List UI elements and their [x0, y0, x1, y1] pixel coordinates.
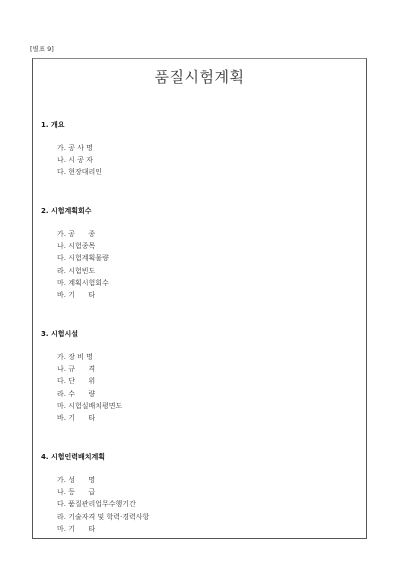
list-item: 바. 기 타: [57, 412, 122, 424]
section-test-facilities: 3. 시험시설 가. 장 비 명 나. 규 격 다. 단 위 라. 수 량 마.…: [41, 329, 122, 424]
list-item: 가. 공 종: [57, 228, 109, 240]
list-item: 마. 기 타: [57, 523, 149, 535]
section-heading: 4. 시험인력배치계획: [41, 452, 149, 462]
annex-label: [별표 9]: [30, 44, 54, 53]
section-heading: 2. 시험계획회수: [41, 206, 109, 216]
section-heading: 1. 개요: [41, 120, 102, 130]
list-item: 나. 규 격: [57, 363, 122, 375]
list-item: 다. 품질관리업무수행기간: [57, 498, 149, 510]
list-item: 나. 시험종목: [57, 240, 109, 252]
list-item: 라. 수 량: [57, 388, 122, 400]
list-item: 가. 장 비 명: [57, 351, 122, 363]
list-item: 다. 단 위: [57, 375, 122, 387]
section-heading: 3. 시험시설: [41, 329, 122, 339]
section-test-plan-count: 2. 시험계획회수 가. 공 종 나. 시험종목 다. 시험계획물량 라. 시험…: [41, 206, 109, 301]
section-personnel-plan: 4. 시험인력배치계획 가. 성 명 나. 등 급 다. 품질관리업무수행기간 …: [41, 452, 149, 535]
section-overview: 1. 개요 가. 공 사 명 나. 시 공 자 다. 현장대리인: [41, 120, 102, 179]
list-item: 라. 시험빈도: [57, 265, 109, 277]
list-item: 마. 시험실배치평면도: [57, 400, 122, 412]
list-item: 가. 공 사 명: [57, 142, 102, 154]
list-item: 마. 계획시험회수: [57, 277, 109, 289]
list-item: 가. 성 명: [57, 474, 149, 486]
list-item: 나. 시 공 자: [57, 154, 102, 166]
list-item: 나. 등 급: [57, 486, 149, 498]
list-item: 라. 기술자격 및 학력·경력사항: [57, 511, 149, 523]
list-item: 다. 시험계획물량: [57, 252, 109, 264]
document-frame: 품질시험계획 1. 개요 가. 공 사 명 나. 시 공 자 다. 현장대리인 …: [32, 58, 367, 539]
list-item: 다. 현장대리인: [57, 166, 102, 178]
list-item: 바. 기 타: [57, 289, 109, 301]
page-title: 품질시험계획: [33, 66, 366, 87]
